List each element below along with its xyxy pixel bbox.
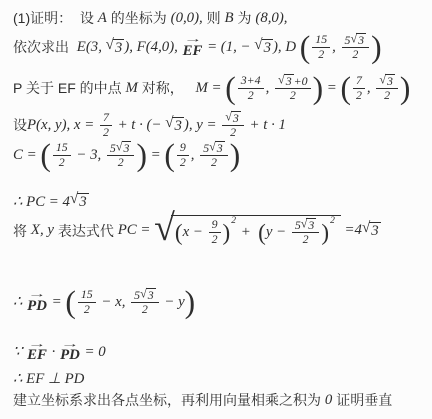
- fraction-denominator: 2: [115, 156, 127, 170]
- radicand: 3: [231, 111, 241, 125]
- proof-line-8: ∴ →PD = (152 − x, 5√32 − y): [13, 288, 195, 317]
- fraction-numerator: √3+0: [275, 74, 311, 89]
- math-run: = (1, −: [203, 39, 254, 56]
- math-run: E(3,: [77, 39, 106, 56]
- text-run: (1)证明： 设: [13, 8, 98, 28]
- math-run: 2: [303, 233, 309, 247]
- vector-label: PD: [27, 299, 47, 314]
- math-proof-document: (1)证明： 设 A 的坐标为 (0,0), 则 B 为 (8,0), 依次求出…: [0, 0, 432, 419]
- fraction-numerator: 5√3: [200, 141, 228, 156]
- radical-sign-icon: √: [106, 38, 114, 53]
- square-root: √3: [379, 74, 395, 88]
- radicand: 3: [215, 141, 225, 155]
- radicand: 3: [122, 141, 132, 155]
- radical-sign-icon: √: [225, 110, 232, 122]
- radicand: 3: [113, 39, 124, 57]
- math-run: ∵: [13, 343, 26, 361]
- square-root: √3: [106, 39, 125, 57]
- math-run: ), y =: [184, 117, 220, 134]
- fraction-denominator: 2: [353, 89, 365, 103]
- math-run: 2: [59, 156, 65, 170]
- fraction: 3+42: [238, 74, 264, 102]
- math-run: x −: [183, 224, 207, 241]
- text-run: 依次求出: [13, 37, 77, 57]
- square-root: √3: [278, 74, 294, 88]
- vector-EF: →EF: [27, 341, 47, 363]
- math-run: P(x, y), x =: [27, 117, 98, 134]
- math-run: 2: [248, 89, 254, 103]
- fraction: 152: [53, 141, 71, 169]
- radical-sign-icon: √: [116, 140, 123, 152]
- math-run: 3: [79, 194, 86, 211]
- math-run: 2: [356, 89, 362, 103]
- vector-arrow-icon: →: [61, 341, 80, 348]
- square-root: √3: [225, 111, 241, 125]
- square-root: √3: [209, 141, 225, 155]
- vector-label: EF: [27, 348, 47, 363]
- radical-sign-icon: √: [209, 140, 216, 152]
- math-run: y −: [266, 224, 290, 241]
- superscript: 2: [330, 216, 335, 227]
- square-root: √3: [254, 39, 273, 57]
- math-run: 9: [212, 218, 218, 232]
- fraction-numerator: 5√3: [131, 288, 159, 303]
- math-run: X, y: [31, 222, 54, 239]
- proof-line-6: ∴ PC = 4√3: [13, 193, 89, 211]
- math-run: ∴: [13, 293, 26, 311]
- fraction: 5√32: [131, 288, 159, 317]
- radicand: (x − 92)2 + (y − 5√32)2: [171, 215, 341, 247]
- fraction: 5√32: [292, 218, 320, 247]
- math-run: +: [237, 224, 258, 241]
- math-run: ), F(4,0),: [124, 39, 181, 56]
- text-run: 建立坐标系求出各点坐标，再利用向量相乘之积为: [13, 390, 325, 410]
- math-run: 2: [212, 233, 218, 247]
- proof-line-7: 将 X, y 表达式代 PC = √(x − 92)2 + (y − 5√32)…: [13, 215, 381, 247]
- text-run: 将: [13, 221, 31, 241]
- math-run: 3: [115, 40, 122, 57]
- math-run: +0: [294, 75, 308, 89]
- radicand: 3: [172, 117, 183, 135]
- radicand: 3: [146, 288, 156, 302]
- radical-sign-icon: √: [278, 73, 285, 85]
- fraction: 5√32: [107, 141, 135, 170]
- fraction: 92: [209, 218, 221, 246]
- fraction: √32: [222, 111, 244, 140]
- math-run: 2: [211, 156, 217, 170]
- math-run: (0,0),: [171, 10, 203, 27]
- superscript: 2: [231, 216, 236, 227]
- fraction-denominator: 2: [381, 89, 393, 103]
- fraction-numerator: 7: [353, 74, 365, 89]
- fraction-numerator: 5√3: [107, 141, 135, 156]
- math-run: A: [98, 10, 107, 27]
- fraction-denominator: 2: [100, 126, 112, 140]
- fraction-numerator: 9: [209, 218, 221, 233]
- math-run: − x,: [98, 294, 129, 311]
- radical-sign-icon: √: [350, 32, 357, 44]
- math-run: ,: [191, 147, 198, 164]
- text-run: 的坐标为: [107, 8, 171, 28]
- math-run: 2: [352, 48, 358, 62]
- radical-sign-icon: √: [154, 214, 175, 243]
- math-run: =4: [341, 222, 362, 239]
- vector-PD: →PD: [27, 291, 47, 313]
- math-run: = 0: [81, 344, 106, 361]
- fraction-numerator: √3: [222, 111, 244, 126]
- radicand: 3: [77, 193, 88, 211]
- radical-sign-icon: √: [362, 221, 370, 236]
- fraction-denominator: 2: [139, 303, 151, 317]
- radical-sign-icon: √: [140, 287, 147, 299]
- math-run: 2: [103, 126, 109, 140]
- fraction-denominator: 2: [315, 48, 327, 62]
- text-run: 为: [234, 8, 256, 28]
- math-run: 15: [56, 141, 68, 155]
- math-run: 15: [81, 288, 93, 302]
- fraction: √32: [376, 74, 398, 103]
- math-run: 9: [180, 141, 186, 155]
- proof-line-10: ∴ EF ⊥ PD: [13, 370, 84, 388]
- math-run: ,: [367, 80, 374, 97]
- radicand: 3: [284, 74, 294, 88]
- math-run: ,: [332, 39, 339, 56]
- fraction-numerator: 15: [312, 33, 330, 48]
- fraction-numerator: √3: [376, 74, 398, 89]
- math-run: 3: [286, 75, 292, 88]
- math-run: 3: [217, 142, 223, 155]
- math-run: 3: [233, 112, 239, 125]
- square-root: √3: [165, 117, 184, 135]
- math-run: 3: [387, 75, 393, 88]
- fraction-numerator: 15: [78, 288, 96, 303]
- math-run: =: [147, 147, 164, 164]
- vector-arrow-icon: →: [183, 36, 202, 43]
- fraction: 72: [353, 74, 365, 102]
- math-run: 7: [356, 74, 362, 88]
- fraction-numerator: 9: [177, 141, 189, 156]
- vector-EF: →EF: [183, 36, 203, 58]
- proof-line-1: (1)证明： 设 A 的坐标为 (0,0), 则 B 为 (8,0),: [13, 8, 288, 28]
- fraction-denominator: 2: [209, 233, 221, 247]
- fraction: 5√32: [342, 33, 370, 62]
- radicand: 3: [306, 218, 316, 232]
- math-run: ), D: [273, 39, 300, 56]
- radicand: 3: [356, 33, 366, 47]
- fraction-numerator: 15: [53, 141, 71, 156]
- proof-line-3: P 关于 EF 的中点 M 对称， M = (3+42, √3+02) = (7…: [13, 74, 410, 103]
- math-run: 3+4: [241, 74, 261, 88]
- vector-label: EF: [183, 44, 203, 59]
- radical-sign-icon: √: [254, 38, 262, 53]
- square-root: √3: [301, 218, 317, 232]
- math-run: =: [48, 294, 65, 311]
- fraction-denominator: 2: [208, 156, 220, 170]
- math-run: + t · (−: [114, 117, 165, 134]
- square-root: √3: [116, 141, 132, 155]
- math-run: ,: [266, 80, 273, 97]
- math-run: B: [225, 10, 234, 27]
- vector-PD: →PD: [60, 341, 80, 363]
- fraction-numerator: 5√3: [292, 218, 320, 233]
- math-run: 2: [384, 89, 390, 103]
- text-run: 对称，: [138, 78, 196, 98]
- text-run: P 关于 EF 的中点: [13, 78, 126, 98]
- math-run: M =: [195, 80, 225, 97]
- square-root: √(x − 92)2 + (y − 5√32)2: [154, 215, 341, 247]
- math-run: 15: [315, 33, 327, 47]
- math-run: − 3,: [73, 147, 105, 164]
- radical-sign-icon: √: [70, 192, 78, 207]
- math-run: 3: [308, 219, 314, 232]
- fraction: 5√32: [200, 141, 228, 170]
- vector-arrow-icon: →: [28, 291, 47, 298]
- text-run: 设: [13, 115, 27, 135]
- math-run: M: [126, 80, 138, 97]
- fraction: 152: [312, 33, 330, 61]
- math-run: 3: [358, 34, 364, 47]
- fraction: 152: [78, 288, 96, 316]
- fraction-numerator: 7: [100, 111, 112, 126]
- fraction-denominator: 2: [245, 89, 257, 103]
- fraction-denominator: 2: [81, 303, 93, 317]
- math-run: ·: [48, 344, 59, 361]
- radical-sign-icon: √: [165, 116, 173, 131]
- math-run: 2: [318, 48, 324, 62]
- fraction-denominator: 2: [287, 89, 299, 103]
- vector-label: PD: [60, 348, 80, 363]
- math-run: PC =: [118, 222, 154, 239]
- radical-sign-icon: √: [301, 217, 308, 229]
- math-run: 2: [142, 303, 148, 317]
- math-run: 2: [290, 89, 296, 103]
- math-run: (8,0),: [255, 10, 287, 27]
- square-root: √3: [362, 222, 381, 240]
- proof-line-2: 依次求出 E(3, √3), F(4,0), →EF = (1, − √3), …: [13, 33, 382, 62]
- radical-sign-icon: √: [379, 73, 386, 85]
- math-run: 0: [325, 392, 332, 409]
- math-run: =: [323, 80, 340, 97]
- square-root: √3: [350, 33, 366, 47]
- fraction: √3+02: [275, 74, 311, 103]
- math-run: 3: [124, 142, 130, 155]
- radicand: 3: [369, 222, 380, 240]
- text-run: 表达式代: [54, 221, 118, 241]
- math-run: 7: [103, 111, 109, 125]
- fraction-numerator: 5√3: [342, 33, 370, 48]
- fraction: 92: [177, 141, 189, 169]
- math-run: ∴ PC = 4: [13, 193, 70, 211]
- fraction-denominator: 2: [177, 156, 189, 170]
- fraction-numerator: 3+4: [238, 74, 264, 89]
- fraction-denominator: 2: [56, 156, 68, 170]
- proof-line-5: C = (152 − 3, 5√32) = (92, 5√32): [13, 141, 240, 170]
- math-run: − y: [161, 294, 185, 311]
- proof-line-4: 设P(x, y), x = 72 + t · (− √3), y = √32 +…: [13, 111, 286, 140]
- math-run: 3: [148, 289, 154, 302]
- radicand: 3: [385, 74, 395, 88]
- math-run: 2: [180, 156, 186, 170]
- fraction: 72: [100, 111, 112, 139]
- proof-line-11: 建立坐标系求出各点坐标，再利用向量相乘之积为 0 证明垂直: [13, 390, 392, 410]
- proof-line-9: ∵ →EF · →PD = 0: [13, 341, 106, 363]
- vector-arrow-icon: →: [28, 341, 47, 348]
- math-run: C =: [13, 147, 40, 164]
- math-run: 3: [371, 223, 378, 240]
- math-run: 2: [84, 303, 90, 317]
- math-run: 2: [118, 156, 124, 170]
- text-run: 则: [203, 8, 225, 28]
- radicand: 3: [262, 39, 273, 57]
- fraction-denominator: 2: [349, 48, 361, 62]
- square-root: √3: [70, 193, 89, 211]
- square-root: √3: [140, 288, 156, 302]
- math-run: 3: [264, 40, 271, 57]
- fraction-denominator: 2: [300, 233, 312, 247]
- math-run: + t · 1: [246, 117, 286, 134]
- text-run: 证明垂直: [332, 390, 392, 410]
- math-run: ∴ EF ⊥ PD: [13, 370, 84, 388]
- math-run: 3: [174, 118, 181, 135]
